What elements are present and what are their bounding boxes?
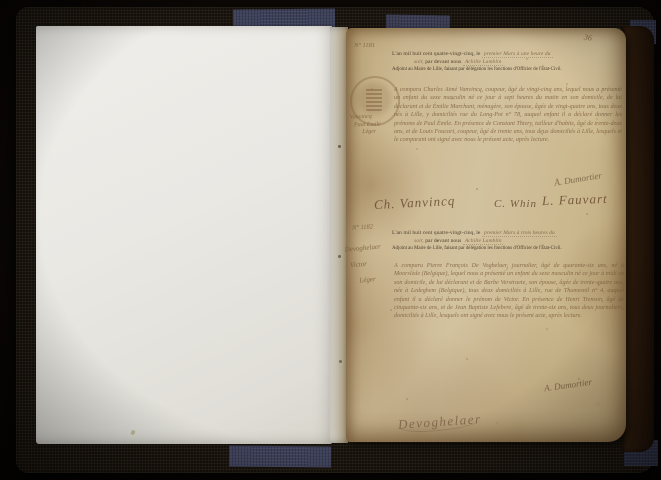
entry1-date-handwritten: premier Mars à une heure du: [482, 51, 553, 58]
entry1-signature-witness1: C. Whin: [494, 198, 537, 210]
entry1-officer-name: Achille Lamblin: [463, 59, 504, 66]
entry2-date-handwritten: premier Mars à trois heures du: [482, 230, 557, 237]
entry2-printed-header: L'an mil huit cent quatre-vingt-cinq, le…: [392, 230, 616, 253]
entry2-official-signature: A. Dumortier: [544, 377, 593, 394]
blank-left-page: [36, 26, 332, 444]
entry2-signature-declarant: Devoghelaer: [398, 411, 483, 434]
entry1-act-body: A comparu Charles Aimé Vanvincq, coupeur…: [394, 86, 622, 145]
folio-number: 36: [583, 32, 592, 42]
foxing-stains: [346, 28, 348, 30]
entry1-printed-line1: L'an mil huit cent quatre-vingt-cinq, le: [392, 51, 480, 57]
entry1-signature-declarant: Ch. Vanvincq: [374, 193, 456, 213]
entry1-signature-witness2: L. Fauvart: [542, 191, 608, 209]
entry1-printed-line2: par devant nous: [425, 59, 461, 65]
entry1-official-signature: A. Dumortier: [554, 170, 603, 187]
entry2-officer-name: Achille Lamblin: [463, 238, 504, 245]
entry1-margin-note: Léger: [350, 128, 381, 137]
binding-cloth-bottom: [229, 446, 331, 468]
paper-speck: [130, 429, 136, 435]
entry1-time-word: soir,: [414, 59, 424, 65]
entry1-printed-line3: Adjoint au Maire de Lille, faisant par d…: [392, 67, 562, 72]
entry1-printed-header: L'an mil huit cent quatre-vingt-cinq, le…: [392, 51, 616, 74]
entry1-margin-name: Vanvincq Paul Emile Léger: [350, 113, 382, 137]
entry2-printed-line2: par devant nous: [425, 238, 461, 244]
entry2-printed-line3: Adjoint au Maire de Lille, faisant par d…: [392, 246, 562, 251]
entry2-act-body: A comparu Pierre François De Voghelaer, …: [394, 262, 624, 321]
entry2-margin-name: Devoghelaer Victor Léger: [344, 239, 384, 290]
entry2-margin-number: N° 1182: [352, 223, 374, 231]
register-right-page: 36 N° 1181 L'an mil huit cent quatre-vin…: [346, 28, 626, 442]
entry2-printed-line1: L'an mil huit cent quatre-vingt-cinq, le: [392, 230, 480, 236]
entry2-time-word: soir,: [414, 238, 424, 244]
entry1-margin-number: N° 1181: [354, 42, 375, 49]
entry2-margin-note: Léger: [347, 270, 384, 289]
photographed-register-scene: 36 N° 1181 L'an mil huit cent quatre-vin…: [0, 0, 661, 480]
entry2-margin-surname: Devoghelaer: [344, 239, 381, 258]
page-block-fore-edge: [622, 26, 654, 452]
